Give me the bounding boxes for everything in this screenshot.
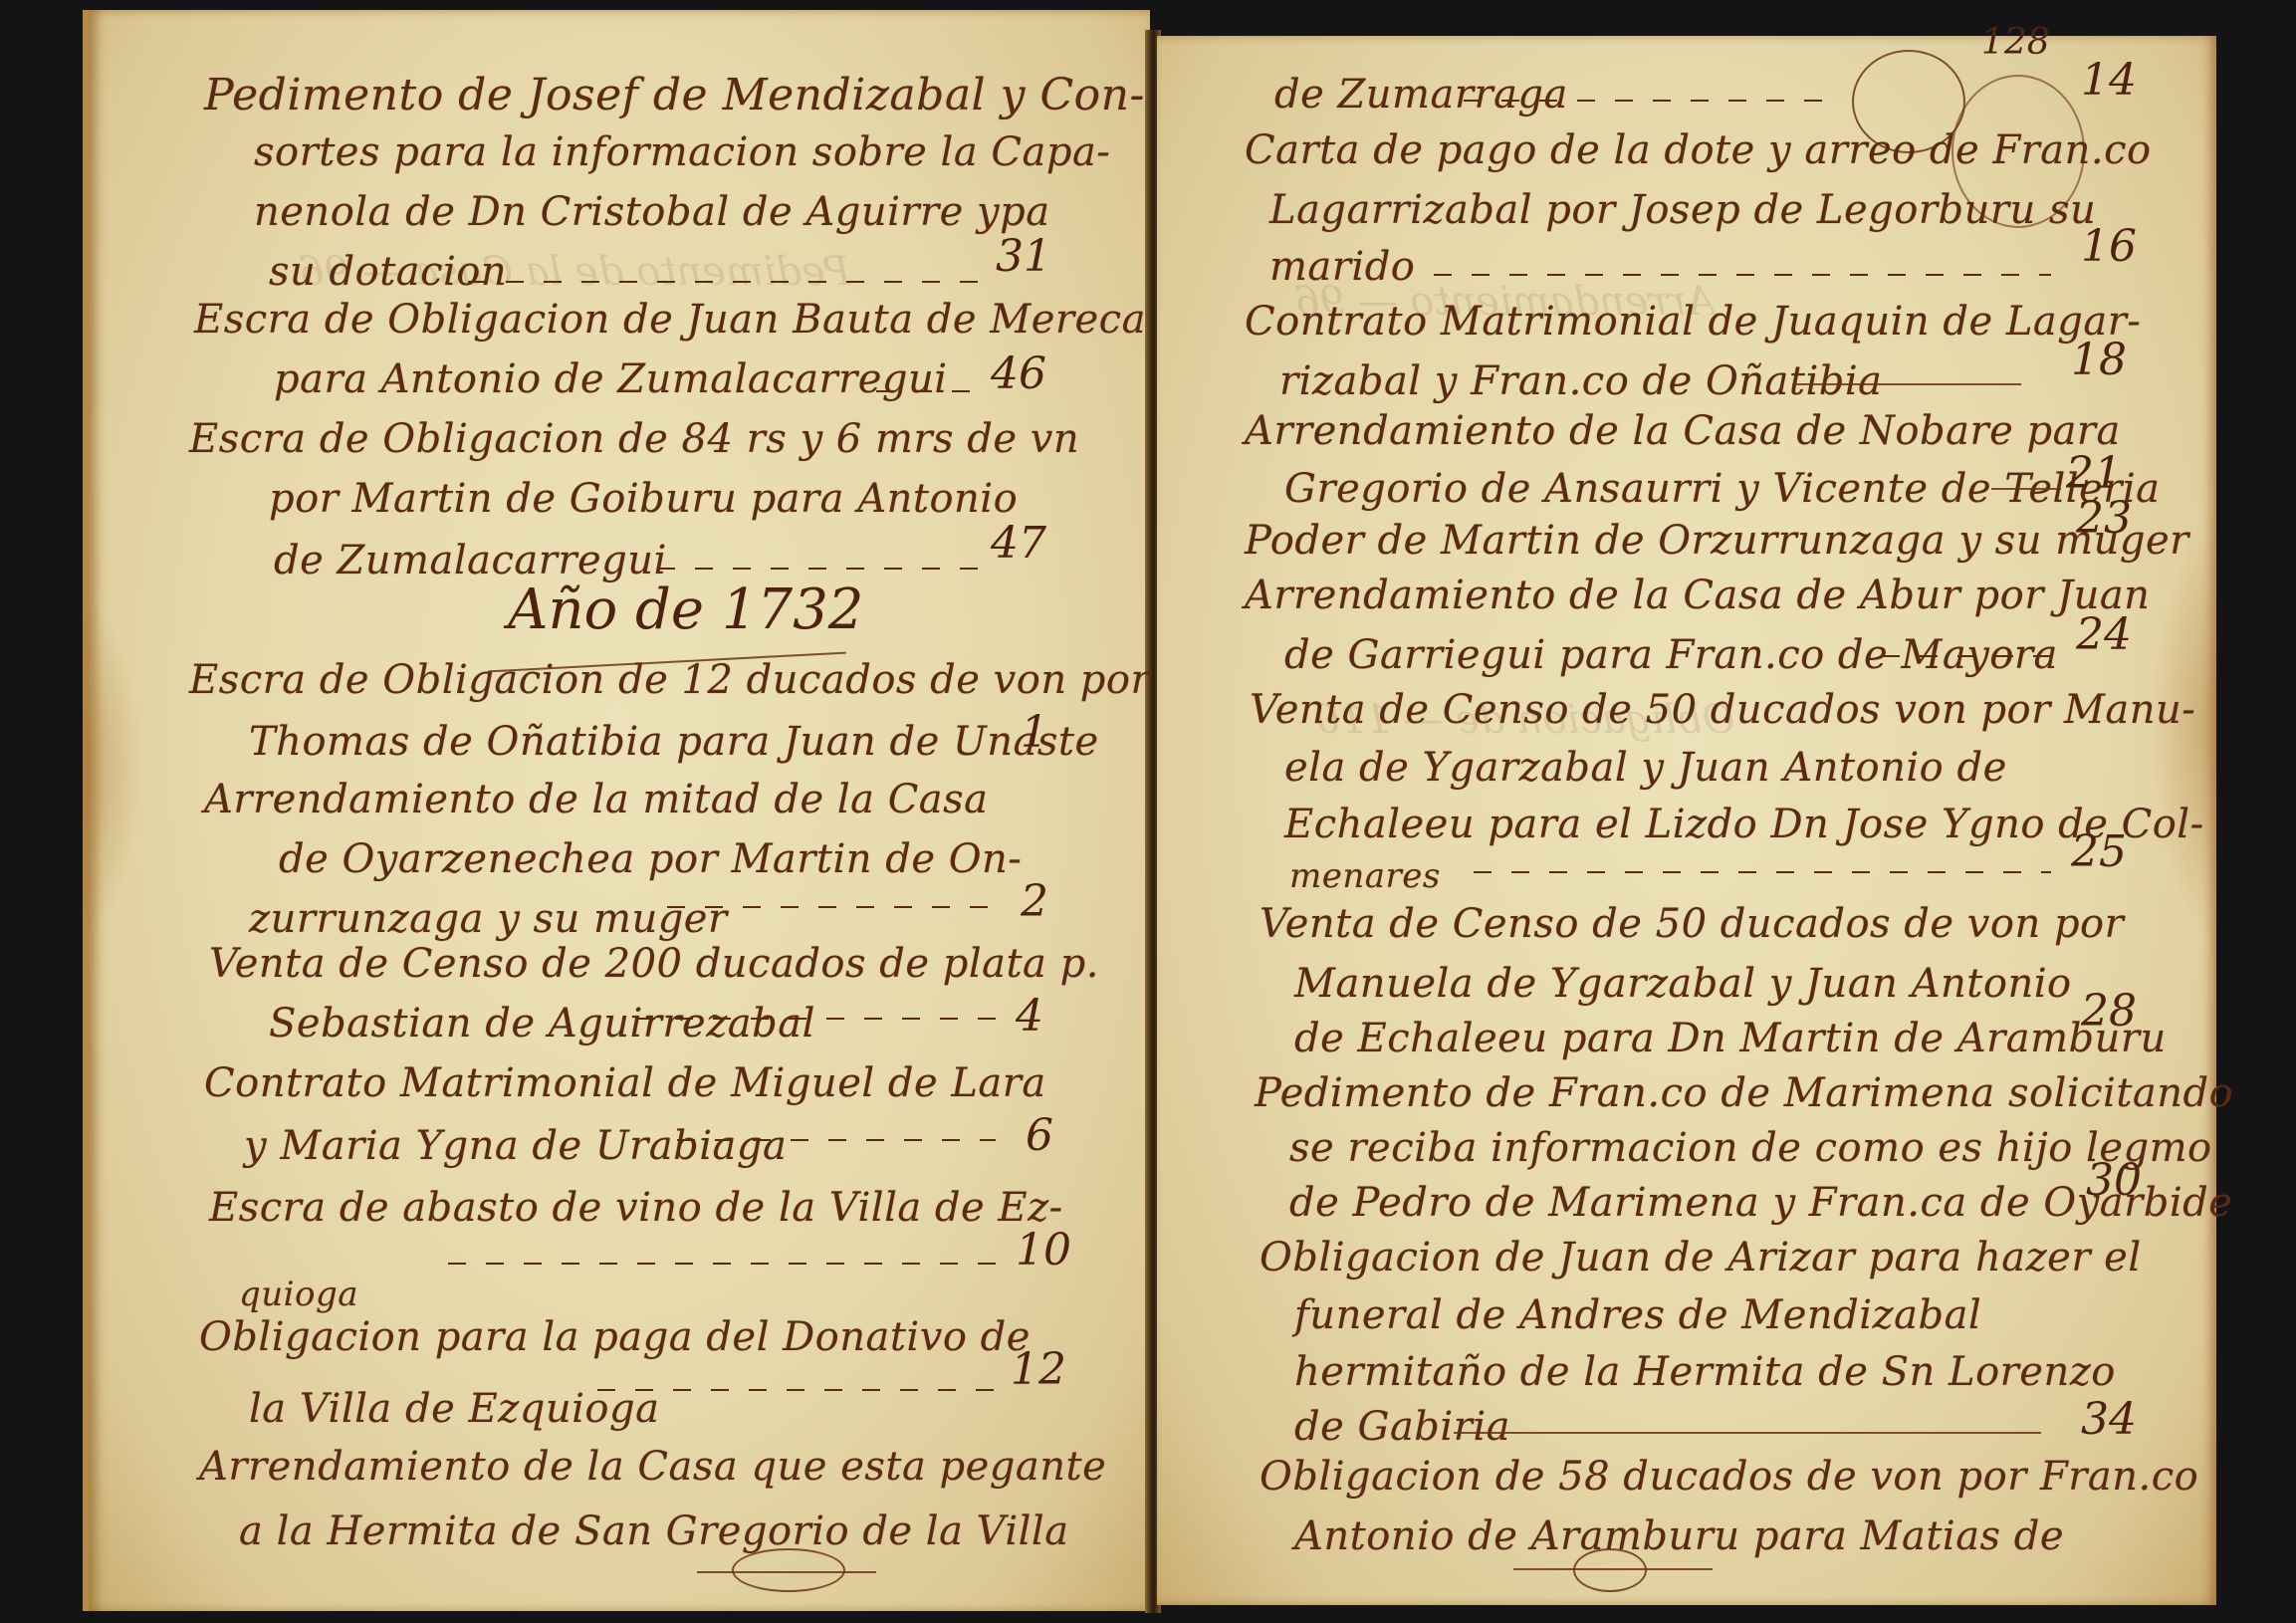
- entry-line: Arrendamiento de la Casa de Nobare para: [1245, 408, 2121, 454]
- entry-line: Carta de pago de la dote y arreo de Fran…: [1245, 127, 2152, 173]
- entry-line: Contrato Matrimonial de Miguel de Lara: [204, 1060, 1046, 1106]
- folio-number: 24: [2076, 609, 2132, 660]
- entry-line: Escra de Obligacion de 84 rs y 6 mrs de …: [189, 416, 1079, 462]
- folio-number: 6: [1026, 1110, 1053, 1161]
- entry-line: Contrato Matrimonial de Juaquin de Lagar…: [1245, 299, 2141, 345]
- leader-dashes: [637, 1018, 996, 1020]
- entry-line: Arrendamiento de la Casa de Abur por Jua…: [1245, 573, 2150, 618]
- leader-dashes: [1434, 274, 2051, 276]
- leader-dashes: [1882, 655, 2051, 657]
- leader-dashes: [468, 281, 986, 283]
- folio-number: 46: [991, 348, 1046, 399]
- folio-number: 25: [2071, 826, 2127, 877]
- entry-line: de Zumarraga: [1274, 72, 1568, 117]
- entry-line: Venta de Censo de 50 ducados von por Man…: [1250, 687, 2195, 733]
- entry-line: la Villa de Ezquioga: [249, 1386, 659, 1432]
- leader-dashes: [667, 906, 1006, 908]
- leader-rule: [1991, 488, 2061, 490]
- leader-dashes: [876, 390, 986, 392]
- entry-line: para Antonio de Zumalacarregui: [274, 356, 948, 402]
- entry-line: a la Hermita de San Gregorio de la Villa: [239, 1508, 1069, 1554]
- entry-line: Arrendamiento de la mitad de la Casa: [204, 777, 989, 822]
- folio-number: 18: [2071, 335, 2127, 385]
- entry-line: zurrunzaga y su muger: [249, 896, 728, 942]
- folio-number: 10: [1016, 1225, 1071, 1275]
- entry-line: Escra de abasto de vino de la Villa de E…: [209, 1185, 1063, 1231]
- left-page-edge-stain: [83, 597, 142, 936]
- folio-number: 34: [2081, 1394, 2137, 1445]
- folio-number: 47: [991, 518, 1046, 569]
- leader-dashes: [448, 1263, 1006, 1265]
- entry-line: Obligacion de Juan de Arizar para hazer …: [1260, 1235, 2142, 1280]
- entry-line: hermitaño de la Hermita de Sn Lorenzo: [1294, 1349, 2116, 1395]
- closing-flourish: [1573, 1548, 1647, 1592]
- entry-line: Obligacion de 58 ducados de von por Fran…: [1260, 1454, 2198, 1500]
- entry-line: Pedimento de Josef de Mendizabal y Con-: [204, 70, 1145, 120]
- folio-number: 23: [2076, 493, 2132, 544]
- folio-number: 4: [1016, 991, 1043, 1042]
- folio-number: 14: [2081, 55, 2137, 106]
- folio-number: 12: [1011, 1344, 1066, 1395]
- entry-line: Obligacion para la paga del Donativo de: [199, 1314, 1031, 1360]
- entry-line: y Maria Ygna de Urabiaga: [244, 1123, 787, 1169]
- entry-line: Echaleeu para el Lizdo Dn Jose Ygno de C…: [1284, 802, 2204, 847]
- closing-rule: [1513, 1568, 1713, 1570]
- entry-line: sortes para la informacion sobre la Capa…: [254, 129, 1110, 175]
- leader-dashes: [1474, 871, 2051, 873]
- folio-number: 30: [2086, 1155, 2142, 1206]
- entry-line: Thomas de Oñatibia para Juan de Unaste: [249, 719, 1099, 765]
- entry-line: Escra de Obligacion de 12 ducados de von…: [189, 657, 1150, 703]
- entry-line: Sebastian de Aguirrezabal: [269, 1001, 815, 1046]
- entry-line: Poder de Martin de Orzurrunzaga y su mug…: [1245, 518, 2189, 564]
- entry-line: funeral de Andres de Mendizabal: [1294, 1292, 1981, 1338]
- folio-number: 21: [2066, 448, 2122, 499]
- entry-line: nenola de Dn Cristobal de Aguirre ypa: [254, 189, 1050, 235]
- leader-rule: [1454, 1432, 2041, 1434]
- entry-line: Venta de Censo de 200 ducados de plata p…: [209, 941, 1099, 987]
- folio-number: 31: [996, 231, 1051, 282]
- closing-rule: [697, 1571, 876, 1573]
- page-folio-number: 128: [1981, 22, 2050, 63]
- entry-line: marido: [1269, 244, 1415, 290]
- closing-flourish: [732, 1548, 845, 1592]
- year-heading: Año de 1732: [508, 578, 863, 642]
- entry-line: por Martin de Goiburu para Antonio: [269, 476, 1018, 522]
- entry-line: menares: [1289, 856, 1441, 896]
- folio-number: 1: [1021, 707, 1048, 758]
- entry-line: Escra de Obligacion de Juan Bauta de Mer…: [194, 297, 1146, 343]
- entry-line: se reciba informacion de como es hijo le…: [1289, 1125, 2212, 1171]
- entry-line: de Oyarzenechea por Martin de On-: [279, 836, 1022, 882]
- folio-number: 16: [2081, 221, 2137, 272]
- entry-line: ela de Ygarzabal y Juan Antonio de: [1284, 745, 2007, 791]
- leader-dashes: [597, 1389, 996, 1391]
- entry-line: Manuela de Ygarzabal y Juan Antonio: [1294, 961, 2072, 1007]
- entry-line: de Echaleeu para Dn Martin de Aramburu: [1294, 1016, 2167, 1061]
- leader-dashes: [1464, 100, 1842, 102]
- folio-number: 2: [1021, 876, 1048, 927]
- entry-line: Arrendamiento de la Casa que esta pegant…: [199, 1444, 1106, 1490]
- leader-dashes: [657, 568, 986, 570]
- entry-line: Pedimento de Fran.co de Marimena solicit…: [1255, 1070, 2233, 1116]
- entry-line: su dotacion: [269, 249, 507, 295]
- entry-line: Antonio de Aramburu para Matias de: [1294, 1513, 2064, 1559]
- entry-line: Lagarrizabal por Josep de Legorburu su: [1269, 187, 2096, 233]
- entry-line: de Gabiria: [1294, 1404, 1510, 1450]
- leader-dashes: [677, 1139, 996, 1141]
- entry-line: rizabal y Fran.co de Oñatibia: [1279, 358, 1883, 404]
- leader-rule: [1792, 383, 2021, 385]
- entry-line: quioga: [239, 1275, 358, 1314]
- entry-line: Venta de Censo de 50 ducados de von por: [1260, 901, 2124, 947]
- folio-number: 28: [2081, 986, 2137, 1037]
